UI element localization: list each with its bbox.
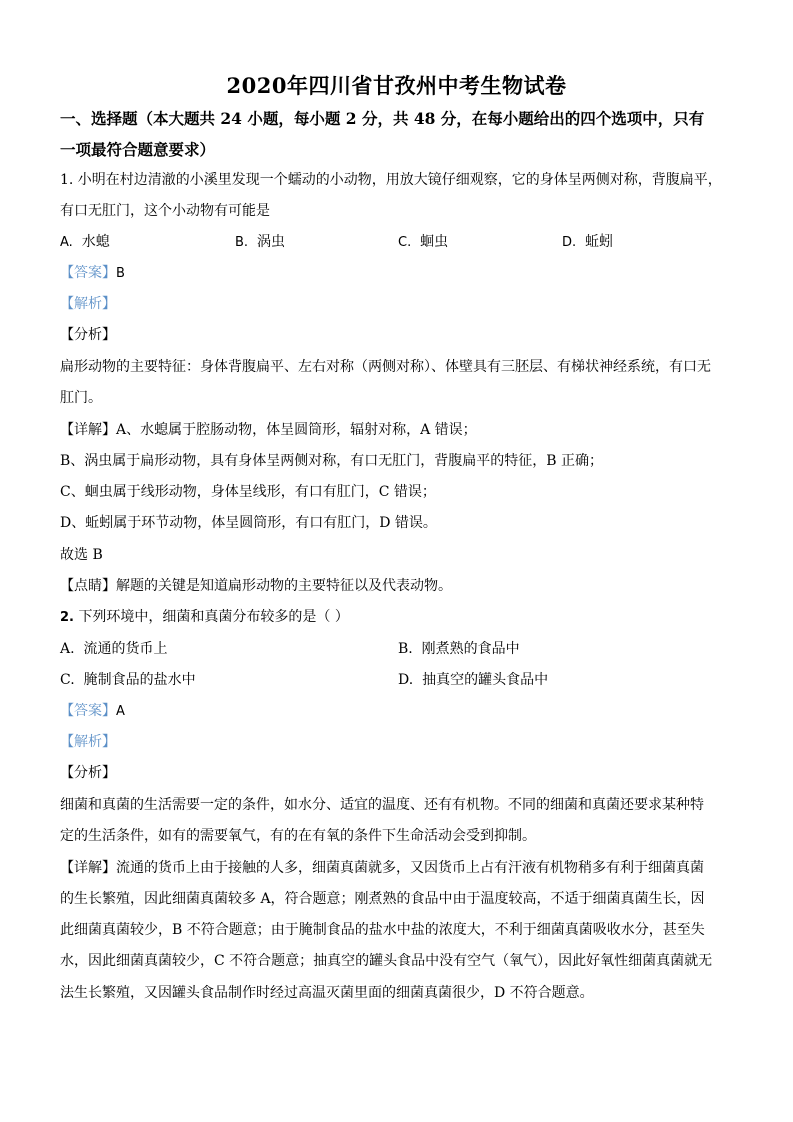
- tip-label: 【点睛】: [60, 578, 116, 594]
- q2-detail-line-2: 的生长繁殖，因此细菌真菌较多 A，符合题意；刚煮熟的食品中由于温度较高，不适于细…: [60, 889, 705, 909]
- q2-option-b: B. 刚煮熟的食品中: [398, 639, 520, 659]
- section-heading-line-2: 一项最符合题意要求）: [60, 134, 740, 165]
- text-span: 腌制食品的盐水中: [84, 672, 196, 688]
- q1-option-c: C. 蛔虫: [398, 232, 448, 253]
- q2-detail-line-4: 水，因此细菌真菌较少，C 不符合题意；抽真空的罐头食品中没有空气（氧气），因此好…: [60, 951, 712, 971]
- document-page: 2020年四川省甘孜州中考生物试卷 一、选择题（本大题共 24 小题，每小题 2…: [0, 0, 793, 1122]
- q2-option-c: C. 腌制食品的盐水中: [60, 670, 196, 690]
- section-heading: 一、选择题（本大题共 24 小题，每小题 2 分，共 48 分，在每小题给出的四…: [60, 103, 740, 165]
- text-span: 刚煮熟的食品中: [422, 641, 520, 657]
- q1-fenxi-line-1: 扁形动物的主要特征：身体背腹扁平、左右对称（两侧对称）、体壁具有三胚层、有梯状神…: [60, 357, 711, 377]
- q1-option-a: A. 水螅: [60, 232, 110, 253]
- q2-fenxi-label: 【分析】: [60, 763, 116, 783]
- text-span: A、水螅属于腔肠动物，体呈圆筒形，辐射对称，A 错误；: [116, 422, 477, 438]
- q2-option-d: D. 抽真空的罐头食品中: [398, 670, 548, 690]
- q1-detail-line-3: C、蛔虫属于线形动物，身体呈线形，有口有肛门，C 错误；: [60, 482, 436, 502]
- text-span: D.: [562, 235, 576, 250]
- q1-answer: 【答案】B: [60, 263, 125, 284]
- q1-detail-line-1: 【详解】A、水螅属于腔肠动物，体呈圆筒形，辐射对称，A 错误；: [60, 420, 477, 440]
- text-span: 水螅: [82, 234, 110, 250]
- text-span: 涡虫: [257, 234, 285, 250]
- text-span: A.: [60, 641, 75, 657]
- q1-analysis-label: 【解析】: [60, 294, 116, 314]
- answer-label: 【答案】: [60, 703, 116, 719]
- q2-detail-line-1: 【详解】流通的货币上由于接触的人多，细菌真菌就多，又因货币上占有汗液有机物稍多有…: [60, 858, 704, 878]
- q1-option-b: B. 涡虫: [235, 232, 285, 253]
- text-span: 下列环境中，细菌和真菌分布较多的是（ ）: [78, 609, 348, 625]
- q1-detail-line-2: B、涡虫属于扁形动物，具有身体呈两侧对称，有口无肛门，背腹扁平的特征，B 正确；: [60, 451, 603, 471]
- text-span: 流通的货币上: [83, 641, 167, 657]
- q2-analysis-label: 【解析】: [60, 732, 116, 752]
- detail-label: 【详解】: [60, 422, 116, 438]
- text-span: C.: [398, 235, 411, 250]
- q2-stem: 2. 下列环境中，细菌和真菌分布较多的是（ ）: [60, 607, 349, 628]
- text-span: 蚯蚓: [585, 234, 613, 250]
- q1-option-d: D. 蚯蚓: [562, 232, 613, 253]
- q1-stem-line-2: 有口无肛门，这个小动物有可能是: [60, 201, 270, 221]
- q2-fenxi-line-2: 定的生活条件，如有的需要氧气，有的在有氧的条件下生命活动会受到抑制。: [60, 826, 536, 846]
- text-span: 2.: [60, 610, 74, 625]
- text-span: 抽真空的罐头食品中: [422, 672, 548, 688]
- answer-value: B: [116, 266, 125, 281]
- answer-value: A: [116, 704, 125, 719]
- q2-answer: 【答案】A: [60, 701, 125, 722]
- text-span: A.: [60, 235, 73, 250]
- q1-stem-line-1: 1. 小明在村边清澈的小溪里发现一个蠕动的小动物，用放大镜仔细观察，它的身体呈两…: [60, 170, 722, 190]
- page-title: 2020年四川省甘孜州中考生物试卷: [0, 70, 793, 100]
- text-span: D.: [398, 672, 413, 688]
- section-heading-line-1: 一、选择题（本大题共 24 小题，每小题 2 分，共 48 分，在每小题给出的四…: [60, 103, 740, 134]
- q2-detail-line-5: 法生长繁殖，又因罐头食品制作时经过高温灭菌里面的细菌真菌很少，D 不符合题意。: [60, 983, 594, 1003]
- text-span: C.: [60, 672, 75, 688]
- q2-detail-line-3: 此细菌真菌较少，B 不符合题意；由于腌制食品的盐水中盐的浓度大，不利于细菌真菌吸…: [60, 920, 705, 940]
- text-span: 解题的关键是知道扁形动物的主要特征以及代表动物。: [116, 578, 452, 594]
- q1-choose: 故选 B: [60, 545, 103, 565]
- q2-fenxi-line-1: 细菌和真菌的生活需要一定的条件，如水分、适宜的温度、还有有机物。不同的细菌和真菌…: [60, 795, 704, 815]
- q1-fenxi-line-2: 肛门。: [60, 388, 102, 408]
- text-span: 蛔虫: [420, 234, 448, 250]
- text-span: B.: [235, 235, 248, 250]
- answer-label: 【答案】: [60, 265, 116, 281]
- text-span: B.: [398, 641, 413, 657]
- q2-option-a: A. 流通的货币上: [60, 639, 167, 659]
- text-span: 流通的货币上由于接触的人多，细菌真菌就多，又因货币上占有汗液有机物稍多有利于细菌…: [116, 860, 704, 876]
- q1-detail-line-4: D、蚯蚓属于环节动物，体呈圆筒形，有口有肛门，D 错误。: [60, 513, 437, 533]
- q1-tip: 【点睛】解题的关键是知道扁形动物的主要特征以及代表动物。: [60, 576, 452, 596]
- q1-fenxi-label: 【分析】: [60, 325, 116, 345]
- detail-label: 【详解】: [60, 860, 116, 876]
